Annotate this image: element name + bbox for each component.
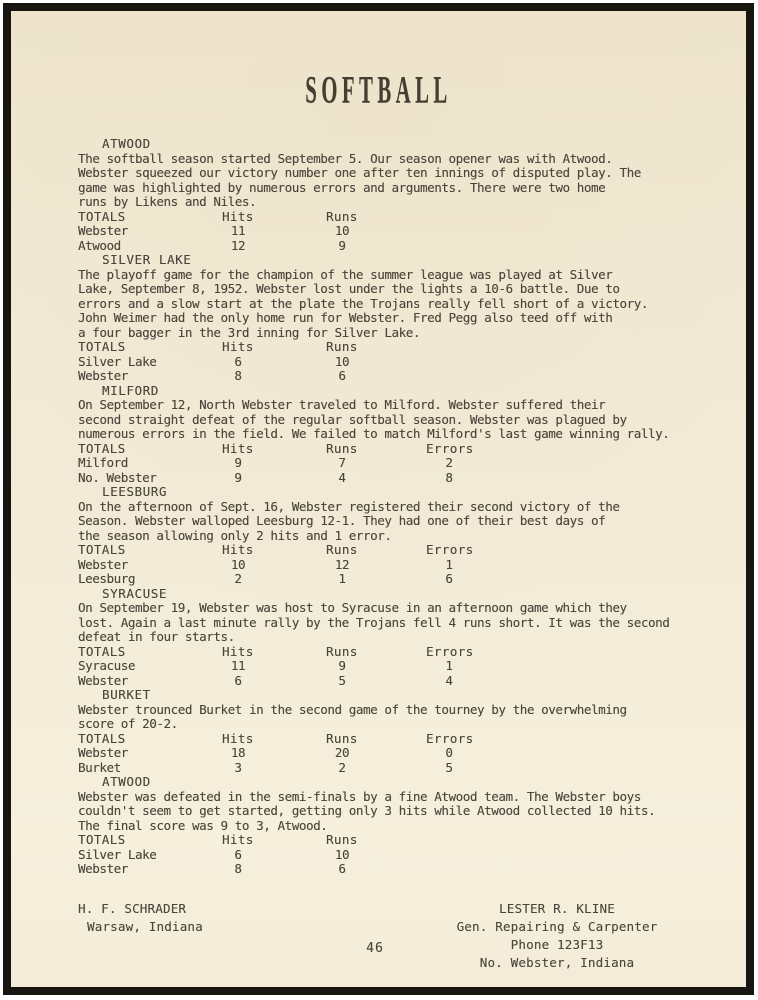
table-row: Webster 8 6: [78, 369, 698, 384]
team-name-cell: Webster: [78, 746, 222, 761]
col-header-errors: Errors: [426, 732, 546, 747]
table-row: Leesburg 2 1 6: [78, 572, 698, 587]
runs-cell: 10: [326, 355, 358, 370]
col-header-runs: Runs: [326, 442, 426, 457]
errors-cell: 6: [426, 572, 472, 587]
errors-cell: 8: [426, 471, 472, 486]
section-heading: SYRACUSE: [78, 587, 698, 602]
team-name-cell: Silver Lake: [78, 355, 222, 370]
runs-cell: 10: [326, 848, 358, 863]
totals-table: TOTALS Hits Runs Errors Webster 10 12 1 …: [78, 543, 698, 587]
table-header-row: TOTALS Hits Runs Errors: [78, 645, 698, 660]
col-header-totals: TOTALS: [78, 442, 222, 457]
col-header-totals: TOTALS: [78, 210, 222, 225]
col-header-hits: Hits: [222, 210, 326, 225]
runs-cell: 2: [326, 761, 358, 776]
game-section-milford: MILFORD On September 12, North Webster t…: [78, 384, 698, 486]
runs-cell: 9: [326, 239, 358, 254]
sponsor-left: H. F. SCHRADER Warsaw, Indiana: [78, 900, 203, 935]
col-header-runs: Runs: [326, 210, 426, 225]
totals-table: TOTALS Hits Runs Errors Syracuse 11 9 1 …: [78, 645, 698, 689]
table-header-row: TOTALS Hits Runs Errors: [78, 732, 698, 747]
table-row: Atwood 12 9: [78, 239, 698, 254]
totals-table: TOTALS Hits Runs Errors Milford 9 7 2 No…: [78, 442, 698, 486]
sponsor-right-location: No. Webster, Indiana: [407, 954, 707, 972]
col-header-totals: TOTALS: [78, 645, 222, 660]
game-section-leesburg: LEESBURG On the afternoon of Sept. 16, W…: [78, 485, 698, 587]
col-header-totals: TOTALS: [78, 732, 222, 747]
game-section-atwood-2: ATWOOD Webster was defeated in the semi-…: [78, 775, 698, 877]
game-section-burket: BURKET Webster trounced Burket in the se…: [78, 688, 698, 775]
col-header-hits: Hits: [222, 340, 326, 355]
game-summary: On September 19, Webster was host to Syr…: [78, 601, 698, 645]
page-number: 46: [355, 941, 395, 956]
sponsor-right: LESTER R. KLINE Gen. Repairing & Carpent…: [407, 900, 707, 972]
table-row: Syracuse 11 9 1: [78, 659, 698, 674]
runs-cell: 1: [326, 572, 358, 587]
hits-cell: 11: [222, 659, 254, 674]
runs-cell: 9: [326, 659, 358, 674]
hits-cell: 6: [222, 355, 254, 370]
col-header-runs: Runs: [326, 645, 426, 660]
team-name-cell: Atwood: [78, 239, 222, 254]
hits-cell: 9: [222, 456, 254, 471]
hits-cell: 6: [222, 674, 254, 689]
sponsor-right-name: LESTER R. KLINE: [407, 900, 707, 918]
team-name-cell: Webster: [78, 224, 222, 239]
team-name-cell: Milford: [78, 456, 222, 471]
sponsor-right-business: Gen. Repairing & Carpenter: [407, 918, 707, 936]
game-summary: The softball season started September 5.…: [78, 152, 698, 210]
runs-cell: 5: [326, 674, 358, 689]
page-title: SOFTBALL: [173, 70, 585, 112]
table-row: Webster 10 12 1: [78, 558, 698, 573]
runs-cell: 6: [326, 369, 358, 384]
section-heading: ATWOOD: [78, 775, 698, 790]
hits-cell: 11: [222, 224, 254, 239]
sponsor-left-location: Warsaw, Indiana: [78, 918, 203, 936]
col-header-totals: TOTALS: [78, 833, 222, 848]
errors-cell: 0: [426, 746, 472, 761]
totals-table: TOTALS Hits Runs Silver Lake 6 10 Webste…: [78, 340, 698, 384]
col-header-errors: Errors: [426, 645, 546, 660]
runs-cell: 20: [326, 746, 358, 761]
hits-cell: 8: [222, 369, 254, 384]
col-header-hits: Hits: [222, 442, 326, 457]
table-row: Silver Lake 6 10: [78, 848, 698, 863]
totals-table: TOTALS Hits Runs Errors Webster 18 20 0 …: [78, 732, 698, 776]
game-section-silver-lake: SILVER LAKE The playoff game for the cha…: [78, 253, 698, 384]
table-row: Webster 8 6: [78, 862, 698, 877]
col-header-hits: Hits: [222, 645, 326, 660]
hits-cell: 3: [222, 761, 254, 776]
hits-cell: 2: [222, 572, 254, 587]
game-summary: Webster was defeated in the semi-finals …: [78, 790, 698, 834]
hits-cell: 6: [222, 848, 254, 863]
team-name-cell: Webster: [78, 558, 222, 573]
page-border-frame: SOFTBALL ATWOOD The softball season star…: [3, 3, 754, 995]
table-row: No. Webster 9 4 8: [78, 471, 698, 486]
hits-cell: 8: [222, 862, 254, 877]
team-name-cell: Webster: [78, 674, 222, 689]
section-heading: LEESBURG: [78, 485, 698, 500]
section-heading: SILVER LAKE: [78, 253, 698, 268]
totals-table: TOTALS Hits Runs Webster 11 10 Atwood 12: [78, 210, 698, 254]
section-heading: ATWOOD: [78, 137, 698, 152]
scanned-yearbook-page: { "page": { "title": "SOFTBALL", "page_n…: [0, 0, 758, 1000]
team-name-cell: Webster: [78, 862, 222, 877]
errors-cell: 1: [426, 558, 472, 573]
col-header-totals: TOTALS: [78, 543, 222, 558]
game-summary: The playoff game for the champion of the…: [78, 268, 698, 341]
runs-cell: 4: [326, 471, 358, 486]
col-header-hits: Hits: [222, 833, 326, 848]
runs-cell: 12: [326, 558, 358, 573]
table-header-row: TOTALS Hits Runs: [78, 340, 698, 355]
errors-cell: 4: [426, 674, 472, 689]
game-summary: Webster trounced Burket in the second ga…: [78, 703, 698, 732]
errors-cell: 5: [426, 761, 472, 776]
game-section-syracuse: SYRACUSE On September 19, Webster was ho…: [78, 587, 698, 689]
col-header-runs: Runs: [326, 833, 426, 848]
team-name-cell: Webster: [78, 369, 222, 384]
runs-cell: 7: [326, 456, 358, 471]
paper: SOFTBALL ATWOOD The softball season star…: [11, 11, 746, 987]
team-name-cell: No. Webster: [78, 471, 222, 486]
section-heading: MILFORD: [78, 384, 698, 399]
hits-cell: 18: [222, 746, 254, 761]
table-row: Webster 18 20 0: [78, 746, 698, 761]
runs-cell: 6: [326, 862, 358, 877]
totals-table: TOTALS Hits Runs Silver Lake 6 10 Webste…: [78, 833, 698, 877]
hits-cell: 9: [222, 471, 254, 486]
col-header-runs: Runs: [326, 340, 426, 355]
team-name-cell: Leesburg: [78, 572, 222, 587]
col-header-errors: Errors: [426, 543, 546, 558]
table-row: Webster 6 5 4: [78, 674, 698, 689]
col-header-totals: TOTALS: [78, 340, 222, 355]
table-header-row: TOTALS Hits Runs: [78, 210, 698, 225]
hits-cell: 12: [222, 239, 254, 254]
col-header-hits: Hits: [222, 543, 326, 558]
errors-cell: 1: [426, 659, 472, 674]
col-header-runs: Runs: [326, 732, 426, 747]
sponsor-left-name: H. F. SCHRADER: [78, 900, 203, 918]
table-row: Silver Lake 6 10: [78, 355, 698, 370]
hits-cell: 10: [222, 558, 254, 573]
article-body: ATWOOD The softball season started Septe…: [78, 137, 698, 877]
col-header-runs: Runs: [326, 543, 426, 558]
game-section-atwood-1: ATWOOD The softball season started Septe…: [78, 137, 698, 253]
table-header-row: TOTALS Hits Runs Errors: [78, 442, 698, 457]
team-name-cell: Burket: [78, 761, 222, 776]
table-row: Burket 3 2 5: [78, 761, 698, 776]
section-heading: BURKET: [78, 688, 698, 703]
team-name-cell: Syracuse: [78, 659, 222, 674]
errors-cell: 2: [426, 456, 472, 471]
game-summary: On September 12, North Webster traveled …: [78, 398, 698, 442]
table-header-row: TOTALS Hits Runs Errors: [78, 543, 698, 558]
table-row: Milford 9 7 2: [78, 456, 698, 471]
team-name-cell: Silver Lake: [78, 848, 222, 863]
table-row: Webster 11 10: [78, 224, 698, 239]
game-summary: On the afternoon of Sept. 16, Webster re…: [78, 500, 698, 544]
sponsor-right-phone: Phone 123F13: [407, 936, 707, 954]
col-header-errors: Errors: [426, 442, 546, 457]
col-header-hits: Hits: [222, 732, 326, 747]
runs-cell: 10: [326, 224, 358, 239]
table-header-row: TOTALS Hits Runs: [78, 833, 698, 848]
